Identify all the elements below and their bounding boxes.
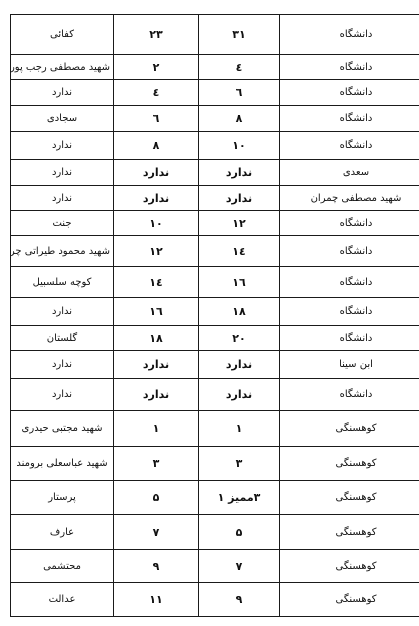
alley-name-cell: ندارد <box>11 132 114 160</box>
number-cell-b: ۸ <box>114 132 199 160</box>
alley-name-cell: پرستار <box>11 481 114 515</box>
number-cell-a: ۱۰ <box>199 132 280 160</box>
number-cell-b: ۱٤ <box>114 267 199 298</box>
number-cell-b: ۳ <box>114 447 199 481</box>
number-cell-a: ندارد <box>199 351 280 379</box>
alley-name-cell: شهید عباسعلی برومند <box>11 447 114 481</box>
alley-name-cell: کفائی <box>11 15 114 55</box>
table-row: سعدینداردنداردندارد <box>11 160 419 186</box>
street-cell: کوهسنگی <box>280 583 419 617</box>
street-cell: ابن سینا <box>280 351 419 379</box>
number-cell-b: ندارد <box>114 351 199 379</box>
number-cell-b: ندارد <box>114 186 199 211</box>
street-cell: شهید مصطفی چمران <box>280 186 419 211</box>
street-cell: دانشگاه <box>280 55 419 80</box>
table-row: کوهسنگی۳مميز ۱۵پرستار <box>11 481 419 515</box>
street-cell: کوهسنگی <box>280 481 419 515</box>
table-row: ابن سینانداردنداردندارد <box>11 351 419 379</box>
number-cell-b: ۱۱ <box>114 583 199 617</box>
street-cell: دانشگاه <box>280 267 419 298</box>
street-cell: کوهسنگی <box>280 447 419 481</box>
number-cell-a: ندارد <box>199 186 280 211</box>
alley-name-cell: ندارد <box>11 298 114 326</box>
table-row: کوهسنگی۱۱شهید مجتبی حیدری <box>11 411 419 447</box>
number-cell-a: ۱ <box>199 411 280 447</box>
street-numbering-table: دانشگاه۳۱۲۳کفائیدانشگاه٤۲شهید مصطفی رجب … <box>10 14 419 617</box>
street-cell: دانشگاه <box>280 15 419 55</box>
alley-name-cell: سجادی <box>11 106 114 132</box>
table-row: دانشگاه٦٤ندارد <box>11 80 419 106</box>
number-cell-a: ٤ <box>199 55 280 80</box>
street-cell: دانشگاه <box>280 132 419 160</box>
alley-name-cell: ندارد <box>11 379 114 411</box>
number-cell-b: ٤ <box>114 80 199 106</box>
number-cell-b: ۲ <box>114 55 199 80</box>
table-row: شهید مصطفی چمراننداردنداردندارد <box>11 186 419 211</box>
street-cell: دانشگاه <box>280 326 419 351</box>
number-cell-a: ۹ <box>199 583 280 617</box>
alley-name-cell: ندارد <box>11 160 114 186</box>
number-cell-b: ۱۲ <box>114 236 199 267</box>
table-row: کوهسنگی۵۷عارف <box>11 515 419 550</box>
number-cell-b: ۱٦ <box>114 298 199 326</box>
number-cell-a: ۸ <box>199 106 280 132</box>
number-cell-a: ۱۸ <box>199 298 280 326</box>
street-cell: دانشگاه <box>280 298 419 326</box>
street-cell: سعدی <box>280 160 419 186</box>
alley-name-cell: کوچه سلسبیل <box>11 267 114 298</box>
alley-name-cell: ندارد <box>11 80 114 106</box>
number-cell-a: ۳۱ <box>199 15 280 55</box>
street-cell: دانشگاه <box>280 379 419 411</box>
number-cell-b: ۵ <box>114 481 199 515</box>
number-cell-a: ۵ <box>199 515 280 550</box>
table-row: دانشگاه٤۲شهید مصطفی رجب پور <box>11 55 419 80</box>
number-cell-b: ۷ <box>114 515 199 550</box>
alley-name-cell: جنت <box>11 211 114 236</box>
number-cell-b: ندارد <box>114 160 199 186</box>
number-cell-b: ۲۳ <box>114 15 199 55</box>
alley-name-cell: ندارد <box>11 186 114 211</box>
number-cell-a: ندارد <box>199 379 280 411</box>
table-row: دانشگاه۳۱۲۳کفائی <box>11 15 419 55</box>
alley-name-cell: شهید مصطفی رجب پور <box>11 55 114 80</box>
table-row: دانشگاه۱۰۸ندارد <box>11 132 419 160</box>
number-cell-a: ۱٤ <box>199 236 280 267</box>
table-row: دانشگاه۱۸۱٦ندارد <box>11 298 419 326</box>
alley-name-cell: عدالت <box>11 583 114 617</box>
number-cell-a: ۲۰ <box>199 326 280 351</box>
table-row: دانشگاه۸٦سجادی <box>11 106 419 132</box>
table-row: دانشگاهنداردنداردندارد <box>11 379 419 411</box>
street-cell: کوهسنگی <box>280 411 419 447</box>
number-cell-b: ۱ <box>114 411 199 447</box>
number-cell-a: ۳مميز ۱ <box>199 481 280 515</box>
table-row: کوهسنگی۹۱۱عدالت <box>11 583 419 617</box>
table-row: دانشگاه۲۰۱۸گلستان <box>11 326 419 351</box>
alley-name-cell: شهید مجتبی حیدری <box>11 411 114 447</box>
street-cell: دانشگاه <box>280 106 419 132</box>
street-cell: دانشگاه <box>280 211 419 236</box>
table-row: کوهسنگی۳۳شهید عباسعلی برومند <box>11 447 419 481</box>
number-cell-a: ۱۲ <box>199 211 280 236</box>
number-cell-b: ٦ <box>114 106 199 132</box>
alley-name-cell: شهید محمود طیراتی چرمچی <box>11 236 114 267</box>
table-row: کوهسنگی۷۹محتشمی <box>11 550 419 583</box>
number-cell-a: ٦ <box>199 80 280 106</box>
number-cell-b: ۹ <box>114 550 199 583</box>
number-cell-a: ۱٦ <box>199 267 280 298</box>
alley-name-cell: محتشمی <box>11 550 114 583</box>
street-cell: دانشگاه <box>280 80 419 106</box>
street-cell: کوهسنگی <box>280 550 419 583</box>
table-row: دانشگاه۱۲۱۰جنت <box>11 211 419 236</box>
alley-name-cell: گلستان <box>11 326 114 351</box>
number-cell-b: ۱۰ <box>114 211 199 236</box>
street-cell: کوهسنگی <box>280 515 419 550</box>
table-row: دانشگاه۱٤۱۲شهید محمود طیراتی چرمچی <box>11 236 419 267</box>
table-row: دانشگاه۱٦۱٤کوچه سلسبیل <box>11 267 419 298</box>
street-cell: دانشگاه <box>280 236 419 267</box>
alley-name-cell: ندارد <box>11 351 114 379</box>
number-cell-a: ۷ <box>199 550 280 583</box>
alley-name-cell: عارف <box>11 515 114 550</box>
number-cell-a: ۳ <box>199 447 280 481</box>
number-cell-a: ندارد <box>199 160 280 186</box>
number-cell-b: ندارد <box>114 379 199 411</box>
number-cell-b: ۱۸ <box>114 326 199 351</box>
